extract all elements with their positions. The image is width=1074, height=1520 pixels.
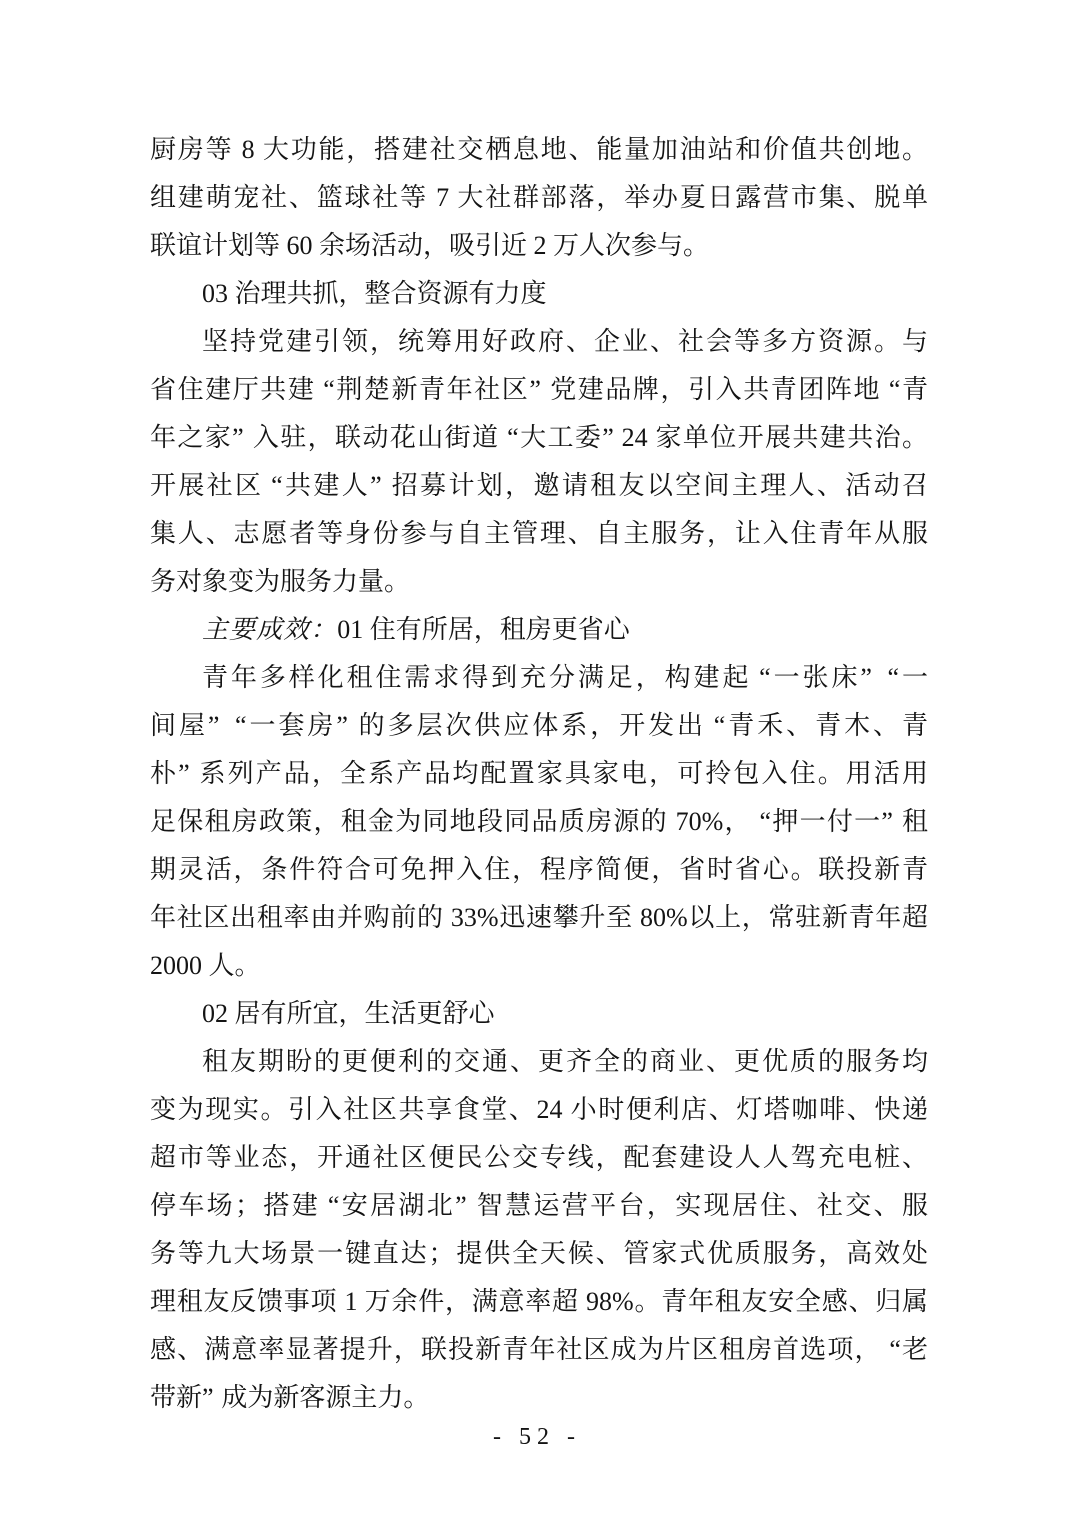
close-quote: ” — [336, 711, 355, 740]
close-quote: ” — [370, 471, 389, 500]
text-line: 租友期盼的更便利的交通、更齐全的商业、更优质的服务均 — [150, 1038, 928, 1086]
text-line: 年之家”入驻，联动花山街道“大工委”24 家单位开展共建共治。 — [150, 414, 928, 462]
close-quote: ” — [860, 663, 879, 692]
open-quote: “ — [881, 375, 900, 404]
text-line: 03 治理共抓，整合资源有力度 — [150, 270, 928, 318]
text-line: 停车场；搭建“安居湖北”智慧运营平台，实现居住、社交、服 — [150, 1182, 928, 1230]
close-quote: ” — [529, 375, 548, 404]
open-quote: “ — [751, 663, 770, 692]
text-line: 厨房等 8 大功能，搭建社交栖息地、能量加油站和价值共创地。 — [150, 126, 928, 174]
text-line: 青年多样化租住需求得到充分满足，构建起“一张床”“一 — [150, 654, 928, 702]
document-page: 厨房等 8 大功能，搭建社交栖息地、能量加油站和价值共创地。组建萌宠社、篮球社等… — [0, 0, 1074, 1520]
open-quote: “ — [315, 375, 334, 404]
open-quote: “ — [752, 807, 771, 836]
close-quote: ” — [202, 1383, 221, 1412]
close-quote: ” — [455, 1191, 474, 1220]
close-quote: ” — [602, 423, 621, 452]
text-line: 感、满意率显著提升，联投新青年社区成为片区租房首选项，“老 — [150, 1326, 928, 1374]
text-line: 务对象变为服务力量。 — [150, 558, 928, 606]
text-line: 期灵活，条件符合可免押入住，程序简便，省时省心。联投新青 — [150, 846, 928, 894]
text-line: 理租友反馈事项 1 万余件，满意率超 98%。青年租友安全感、归属 — [150, 1278, 928, 1326]
open-quote: “ — [880, 663, 899, 692]
open-quote: “ — [499, 423, 518, 452]
text-line: 组建萌宠社、篮球社等 7 大社群部落，举办夏日露营市集、脱单 — [150, 174, 928, 222]
document-body: 厨房等 8 大功能，搭建社交栖息地、能量加油站和价值共创地。组建萌宠社、篮球社等… — [150, 126, 928, 1422]
open-quote: “ — [263, 471, 282, 500]
close-quote: ” — [881, 807, 900, 836]
emphasis-label: 主要成效： — [202, 615, 337, 644]
page-number: - 52 - — [0, 1420, 1074, 1454]
open-quote: “ — [882, 1335, 901, 1364]
text-line: 联谊计划等 60 余场活动，吸引近 2 万人次参与。 — [150, 222, 928, 270]
text-line: 主要成效：01 住有所居，租房更省心 — [150, 606, 928, 654]
text-line: 集人、志愿者等身份参与自主管理、自主服务，让入住青年从服 — [150, 510, 928, 558]
text-line: 朴”系列产品，全系产品均配置家具家电，可拎包入住。用活用 — [150, 750, 928, 798]
close-quote: ” — [208, 711, 227, 740]
text-line: 坚持党建引领，统筹用好政府、企业、社会等多方资源。与 — [150, 318, 928, 366]
text-line: 2000 人。 — [150, 942, 928, 990]
text-line: 间屋”“一套房”的多层次供应体系，开发出“青禾、青木、青 — [150, 702, 928, 750]
text-line: 变为现实。引入社区共享食堂、24 小时便利店、灯塔咖啡、快递 — [150, 1086, 928, 1134]
open-quote: “ — [227, 711, 246, 740]
close-quote: ” — [178, 759, 197, 788]
text-line: 02 居有所宜，生活更舒心 — [150, 990, 928, 1038]
text-line: 足保租房政策，租金为同地段同品质房源的 70%，“押一付一”租 — [150, 798, 928, 846]
open-quote: “ — [320, 1191, 339, 1220]
open-quote: “ — [706, 711, 725, 740]
text-line: 省住建厅共建“荆楚新青年社区”党建品牌，引入共青团阵地“青 — [150, 366, 928, 414]
text-line: 开展社区“共建人”招募计划，邀请租友以空间主理人、活动召 — [150, 462, 928, 510]
close-quote: ” — [232, 423, 251, 452]
text-line: 超市等业态，开通社区便民公交专线，配套建设人人驾充电桩、 — [150, 1134, 928, 1182]
text-line: 带新”成为新客源主力。 — [150, 1374, 928, 1422]
text-line: 年社区出租率由并购前的 33%迅速攀升至 80%以上，常驻新青年超 — [150, 894, 928, 942]
text-line: 务等九大场景一键直达；提供全天候、管家式优质服务，高效处 — [150, 1230, 928, 1278]
